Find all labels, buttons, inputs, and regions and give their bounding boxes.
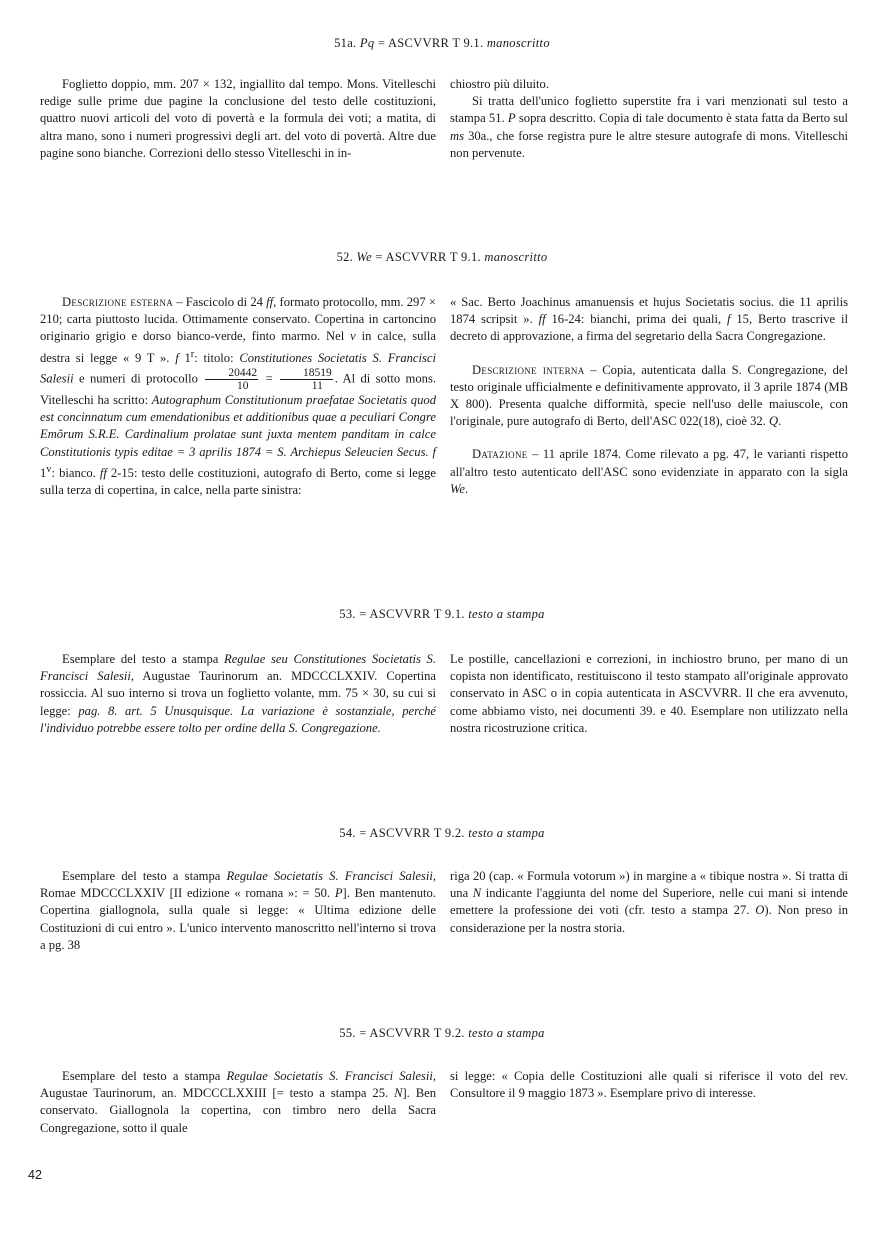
archive-reference: ASCVVRR T 9.1. xyxy=(369,607,464,621)
siglum: Pq xyxy=(360,36,375,50)
siglum: We xyxy=(450,482,465,496)
entry-52-left-column: Descrizione esterna – Fascicolo di 24 ff… xyxy=(40,294,436,499)
text: Esemplare del testo a stampa xyxy=(62,652,224,666)
paragraph-descrizione-interna: Descrizione interna – Copia, autenticata… xyxy=(450,362,848,431)
paragraph: chiostro più diluito. xyxy=(450,76,848,93)
paragraph: Esemplare del testo a stampa Regulae seu… xyxy=(40,651,436,737)
entry-55-right-column: si legge: « Copia delle Costituzioni all… xyxy=(450,1068,848,1102)
entry-54-heading: 54. = ASCVVRR T 9.2. testo a stampa xyxy=(0,826,884,841)
entry-53-right-column: Le postille, cancellazioni e correzioni,… xyxy=(450,651,848,737)
paragraph-datazione: Datazione – 11 aprile 1874. Come rilevat… xyxy=(450,446,848,498)
archive-reference: ASCVVRR T 9.2. xyxy=(369,1026,464,1040)
document-kind: testo a stampa xyxy=(468,826,544,840)
entry-52-right-column: « Sac. Berto Joachinus amanuensis et huj… xyxy=(450,294,848,498)
equals-sign: = xyxy=(359,607,366,621)
entry-53-heading: 53. = ASCVVRR T 9.1. testo a stampa xyxy=(0,607,884,622)
text: e numeri di protocollo xyxy=(74,371,204,385)
text: . xyxy=(778,414,781,428)
entry-51a-left-column: Foglietto doppio, mm. 207 × 132, ingiall… xyxy=(40,76,436,162)
section-label: Descrizione esterna xyxy=(62,295,173,309)
text: 16-24: bianchi, prima dei quali, xyxy=(546,312,727,326)
text: : titolo: xyxy=(194,351,239,365)
entry-53-left-column: Esemplare del testo a stampa Regulae seu… xyxy=(40,651,436,737)
text: : bianco. xyxy=(52,466,100,480)
siglum: Q xyxy=(769,414,778,428)
entry-54-left-column: Esemplare del testo a stampa Regulae Soc… xyxy=(40,868,436,954)
abbrev: ff xyxy=(539,312,546,326)
section-label: Descrizione interna xyxy=(472,363,585,377)
entry-54-right-column: riga 20 (cap. « Formula votorum ») in ma… xyxy=(450,868,848,937)
paragraph: Foglietto doppio, mm. 207 × 132, ingiall… xyxy=(40,76,436,162)
denominator: 11 xyxy=(280,380,333,392)
numerator: 18519 xyxy=(280,367,333,380)
entry-55-left-column: Esemplare del testo a stampa Regulae Soc… xyxy=(40,1068,436,1137)
text: Esemplare del testo a stampa xyxy=(62,869,227,883)
entry-number: 53. xyxy=(339,607,356,621)
paragraph-descrizione-esterna: Descrizione esterna – Fascicolo di 24 ff… xyxy=(40,294,436,499)
siglum: P xyxy=(508,111,516,125)
document-kind: testo a stampa xyxy=(468,1026,544,1040)
siglum: N xyxy=(473,886,481,900)
paragraph: Le postille, cancellazioni e correzioni,… xyxy=(450,651,848,737)
archive-reference: ASCVVRR T 9.2. xyxy=(369,826,464,840)
entry-51a-heading: 51a. Pq = ASCVVRR T 9.1. manoscritto xyxy=(0,36,884,51)
archive-reference: ASCVVRR T 9.1. xyxy=(386,250,481,264)
text: . xyxy=(465,482,468,496)
entry-55-heading: 55. = ASCVVRR T 9.2. testo a stampa xyxy=(0,1026,884,1041)
section-label: Datazione xyxy=(472,447,528,461)
siglum: P xyxy=(335,886,343,900)
paragraph: Si tratta dell'unico foglietto superstit… xyxy=(450,93,848,162)
abbrev: ms xyxy=(450,129,464,143)
paragraph: Esemplare del testo a stampa Regulae Soc… xyxy=(40,868,436,954)
abbrev: ff xyxy=(100,466,107,480)
entry-number: 55. xyxy=(339,1026,356,1040)
text: – Fascicolo di 24 xyxy=(173,295,266,309)
text: sopra descritto. Copia di tale documento… xyxy=(516,111,848,125)
text: Esemplare del testo a stampa xyxy=(62,1069,227,1083)
document-kind: manoscritto xyxy=(484,250,547,264)
text: = xyxy=(260,371,278,385)
page-number: 42 xyxy=(28,1168,42,1182)
siglum: O xyxy=(755,903,764,917)
entry-52-heading: 52. We = ASCVVRR T 9.1. manoscritto xyxy=(0,250,884,265)
entry-number: 51a. xyxy=(334,36,356,50)
paragraph: riga 20 (cap. « Formula votorum ») in ma… xyxy=(450,868,848,937)
document-kind: manoscritto xyxy=(487,36,550,50)
numerator: 20442 xyxy=(205,367,258,380)
document-kind: testo a stampa xyxy=(468,607,544,621)
handwritten-note: pag. 8. art. 5 Unusquisque. La variazion… xyxy=(40,704,436,735)
paragraph: Esemplare del testo a stampa Regulae Soc… xyxy=(40,1068,436,1137)
latin-title: Regulae Societatis S. Francisci Salesii xyxy=(227,869,433,883)
entry-51a-right-column: chiostro più diluito. Si tratta dell'uni… xyxy=(450,76,848,162)
latin-title: Regulae Societatis S. Francisci Salesii xyxy=(227,1069,433,1083)
entry-number: 54. xyxy=(339,826,356,840)
text: 1 xyxy=(179,351,191,365)
paragraph: si legge: « Copia delle Costituzioni all… xyxy=(450,1068,848,1102)
protocol-fraction-1: 2044210 xyxy=(205,367,258,392)
entry-number: 52. xyxy=(337,250,354,264)
abbrev: f xyxy=(433,445,437,459)
text: 30a., che forse registra pure le altre s… xyxy=(450,129,848,160)
equals-sign: = xyxy=(378,36,385,50)
denominator: 10 xyxy=(205,380,258,392)
protocol-fraction-2: 1851911 xyxy=(280,367,333,392)
equals-sign: = xyxy=(359,826,366,840)
equals-sign: = xyxy=(359,1026,366,1040)
paragraph: « Sac. Berto Joachinus amanuensis et huj… xyxy=(450,294,848,346)
archive-reference: ASCVVRR T 9.1. xyxy=(388,36,483,50)
equals-sign: = xyxy=(375,250,382,264)
siglum: We xyxy=(357,250,372,264)
